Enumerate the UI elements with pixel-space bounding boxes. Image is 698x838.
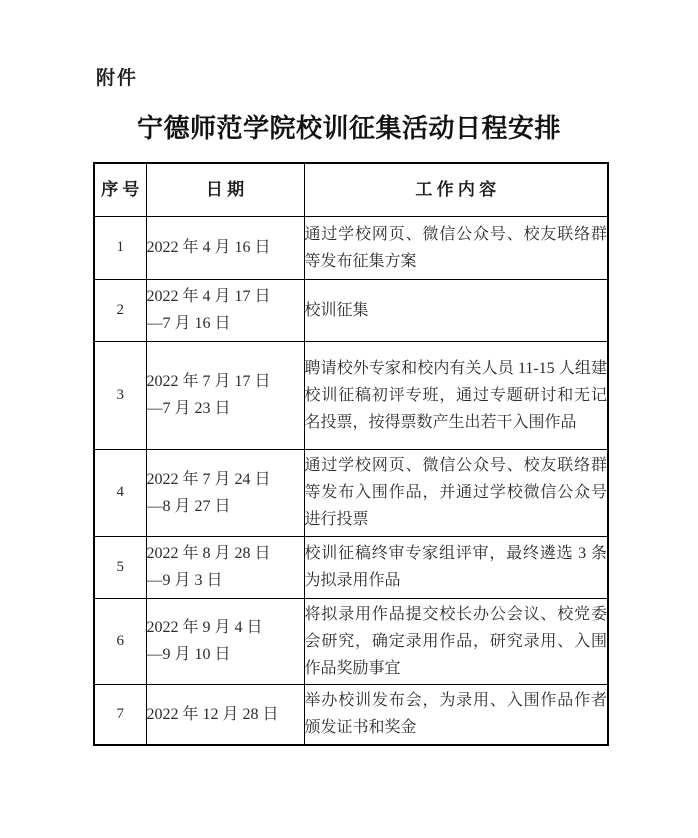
header-seq-number: 序 号: [94, 163, 146, 216]
date-cell: 2022 年 7 月 17 日 —7 月 23 日: [146, 341, 304, 449]
date-cell: 2022 年 8 月 28 日 —9 月 3 日: [146, 536, 304, 598]
table-row: 2 2022 年 4 月 17 日 —7 月 16 日 校训征集: [94, 279, 608, 341]
row-number-cell: 3: [94, 341, 146, 449]
table-row: 1 2022 年 4 月 16 日 通过学校网页、微信公众号、校友联络群等发布征…: [94, 216, 608, 279]
content-cell: 举办校训发布会，为录用、入围作品作者颁发证书和奖金: [304, 684, 608, 745]
attachment-label: 附件: [96, 63, 138, 90]
date-cell: 2022 年 7 月 24 日 —8 月 27 日: [146, 449, 304, 536]
table-header-row: 序 号 日 期 工 作 内 容: [94, 163, 608, 216]
content-cell: 通过学校网页、微信公众号、校友联络群等发布入围作品，并通过学校微信公众号进行投票: [304, 449, 608, 536]
row-number-cell: 5: [94, 536, 146, 598]
content-cell: 校训征集: [304, 279, 608, 341]
header-date: 日 期: [146, 163, 304, 216]
row-number-cell: 7: [94, 684, 146, 745]
table-row: 7 2022 年 12 月 28 日 举办校训发布会，为录用、入围作品作者颁发证…: [94, 684, 608, 745]
date-cell: 2022 年 9 月 4 日 —9 月 10 日: [146, 598, 304, 684]
header-work-content: 工 作 内 容: [304, 163, 608, 216]
content-cell: 聘请校外专家和校内有关人员 11-15 人组建校训征稿初评专班，通过专题研讨和无…: [304, 341, 608, 449]
row-number-cell: 2: [94, 279, 146, 341]
row-number-cell: 1: [94, 216, 146, 279]
date-cell: 2022 年 4 月 17 日 —7 月 16 日: [146, 279, 304, 341]
date-cell: 2022 年 4 月 16 日: [146, 216, 304, 279]
schedule-table: 序 号 日 期 工 作 内 容 1 2022 年 4 月 16 日 通过学校网页…: [93, 162, 609, 746]
content-cell: 将拟录用作品提交校长办公会议、校党委会研究，确定录用作品，研究录用、入围作品奖励…: [304, 598, 608, 684]
row-number-cell: 4: [94, 449, 146, 536]
content-cell: 通过学校网页、微信公众号、校友联络群等发布征集方案: [304, 216, 608, 279]
table-row: 4 2022 年 7 月 24 日 —8 月 27 日 通过学校网页、微信公众号…: [94, 449, 608, 536]
page-title: 宁德师范学院校训征集活动日程安排: [0, 108, 698, 145]
row-number-cell: 6: [94, 598, 146, 684]
table-row: 3 2022 年 7 月 17 日 —7 月 23 日 聘请校外专家和校内有关人…: [94, 341, 608, 449]
table-row: 6 2022 年 9 月 4 日 —9 月 10 日 将拟录用作品提交校长办公会…: [94, 598, 608, 684]
content-cell: 校训征稿终审专家组评审，最终遴选 3 条为拟录用作品: [304, 536, 608, 598]
table-row: 5 2022 年 8 月 28 日 —9 月 3 日 校训征稿终审专家组评审，最…: [94, 536, 608, 598]
date-cell: 2022 年 12 月 28 日: [146, 684, 304, 745]
